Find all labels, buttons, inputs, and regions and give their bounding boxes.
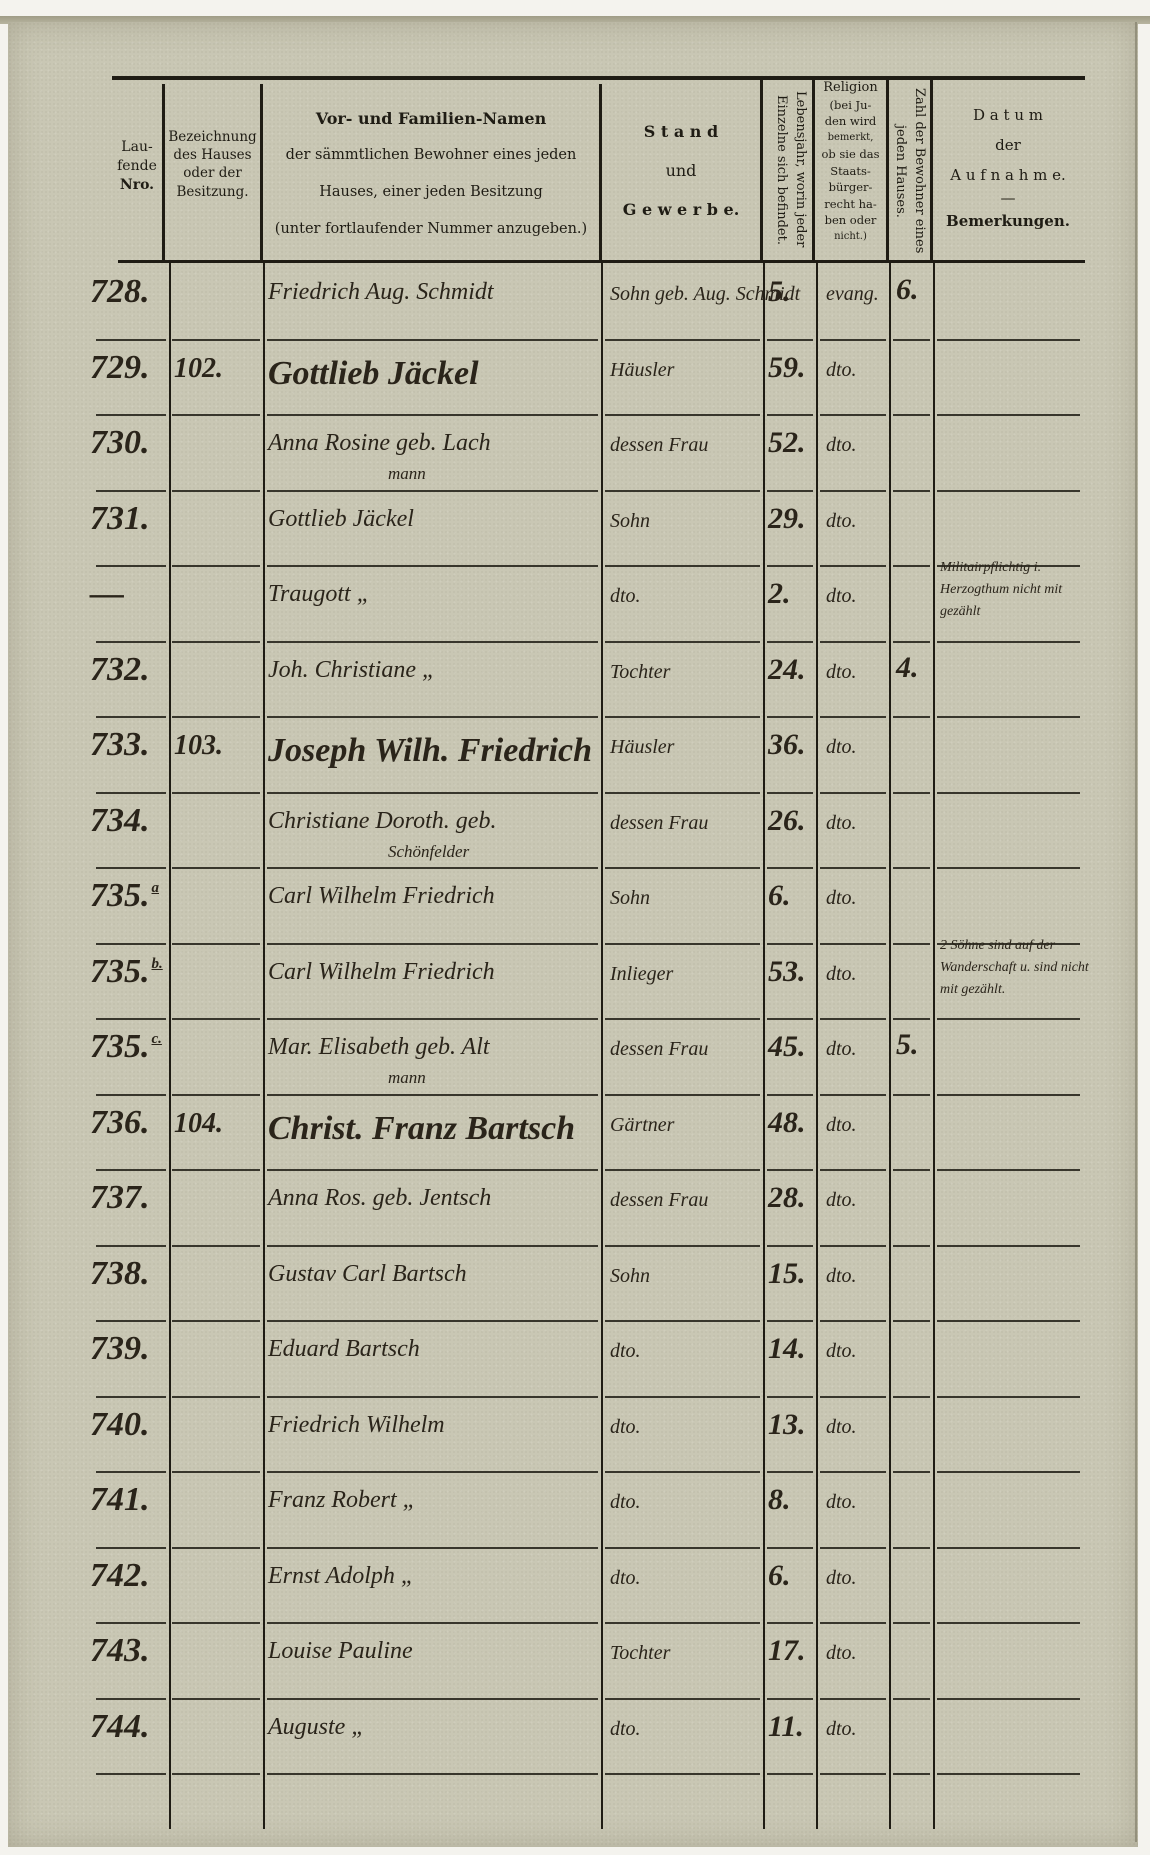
household-count: 5. xyxy=(896,1028,919,1062)
resident-name: Traugott „ xyxy=(268,581,370,608)
resident-name: Franz Robert „ xyxy=(268,1487,416,1514)
religion: dto. xyxy=(826,1416,857,1439)
header-namen: Vor- und Familien-Namen der sämmtlichen … xyxy=(263,100,599,248)
resident-name: Joseph Wilh. Friedrich xyxy=(268,732,592,770)
age: 26. xyxy=(768,804,806,838)
age: 11. xyxy=(768,1710,804,1744)
table-row: 732. Joh. Christiane „ Tochter 24. dto. … xyxy=(0,641,1150,717)
table-row: 740. Friedrich Wilhelm dto. 13. dto. xyxy=(0,1396,1150,1472)
entry-number: 731. xyxy=(90,500,152,538)
table-row: 728. Friedrich Aug. Schmidt Sohn geb. Au… xyxy=(0,263,1150,339)
entry-number: 744. xyxy=(90,1708,152,1746)
header-nro: Lau- fende Nro. xyxy=(112,138,162,195)
entry-number: 736. xyxy=(90,1104,152,1142)
table-row: 742. Ernst Adolph „ dto. 6. dto. xyxy=(0,1547,1150,1623)
remark: 2 Söhne sind auf der Wanderschaft u. sin… xyxy=(940,935,1090,1001)
age: 36. xyxy=(768,728,806,762)
occupation: dto. xyxy=(610,1340,641,1363)
table-row: 734. Christiane Doroth. geb.Schönfelder … xyxy=(0,792,1150,868)
resident-name: Christ. Franz Bartsch xyxy=(268,1110,575,1148)
header-lebensjahr: Lebensjahr, worin jeder Einzelne sich be… xyxy=(766,82,810,257)
religion: dto. xyxy=(826,434,857,457)
header-haus: Bezeichnung des Hauses oder der Besitzun… xyxy=(165,128,260,201)
resident-name: Ernst Adolph „ xyxy=(268,1563,414,1590)
religion: dto. xyxy=(826,1038,857,1061)
occupation: Sohn xyxy=(610,510,650,533)
entry-number: 738. xyxy=(90,1255,152,1293)
age: 59. xyxy=(768,351,806,385)
religion: dto. xyxy=(826,1491,857,1514)
age: 14. xyxy=(768,1332,806,1366)
table-row: 744. Auguste „ dto. 11. dto. xyxy=(0,1698,1150,1774)
occupation: dessen Frau xyxy=(610,434,708,457)
entry-number: 730. xyxy=(90,424,152,462)
occupation: dto. xyxy=(610,1416,641,1439)
entry-number: 735.a xyxy=(90,877,159,915)
table-row: 743. Louise Pauline Tochter 17. dto. xyxy=(0,1622,1150,1698)
entry-number: 739. xyxy=(90,1330,152,1368)
entry-number: 742. xyxy=(90,1557,152,1595)
house-number: 102. xyxy=(174,353,223,385)
remark: Militairpflichtig i. Herzogthum nicht mi… xyxy=(940,557,1090,623)
header-religion: Religion (bei Ju- den wird bemerkt, ob s… xyxy=(815,80,886,245)
age: 2. xyxy=(768,577,791,611)
table-row: 735.b. Carl Wilhelm Friedrich Inlieger 5… xyxy=(0,943,1150,1019)
house-number: 104. xyxy=(174,1108,223,1140)
entry-number: 737. xyxy=(90,1179,152,1217)
table-row: 729. 102. Gottlieb Jäckel Häusler 59. dt… xyxy=(0,339,1150,415)
table-row: 741. Franz Robert „ dto. 8. dto. xyxy=(0,1471,1150,1547)
resident-name: Friedrich Aug. Schmidt xyxy=(268,279,494,306)
header-zahl: Zahl der Bewohner eines jeden Hauses. xyxy=(889,86,929,256)
age: 15. xyxy=(768,1257,806,1291)
religion: dto. xyxy=(826,359,857,382)
header-datum: D a t u m der A u f n a h m e. — Bemerku… xyxy=(933,100,1083,236)
age: 52. xyxy=(768,426,806,460)
religion: dto. xyxy=(826,887,857,910)
household-count: 4. xyxy=(896,651,919,685)
occupation: Sohn xyxy=(610,1265,650,1288)
resident-name: Carl Wilhelm Friedrich xyxy=(268,883,495,910)
age: 45. xyxy=(768,1030,806,1064)
religion: evang. xyxy=(826,283,879,306)
religion: dto. xyxy=(826,661,857,684)
entry-number: 740. xyxy=(90,1406,152,1444)
table-row: 739. Eduard Bartsch dto. 14. dto. xyxy=(0,1320,1150,1396)
occupation: dto. xyxy=(610,585,641,608)
table-row: 735.a Carl Wilhelm Friedrich Sohn 6. dto… xyxy=(0,867,1150,943)
religion: dto. xyxy=(826,1340,857,1363)
header-divider-4 xyxy=(760,78,763,260)
occupation: Sohn xyxy=(610,887,650,910)
age: 24. xyxy=(768,653,806,687)
religion: dto. xyxy=(826,1567,857,1590)
religion: dto. xyxy=(826,1265,857,1288)
occupation: dessen Frau xyxy=(610,1038,708,1061)
entry-number: — xyxy=(90,575,126,613)
table-row: 733. 103. Joseph Wilh. Friedrich Häusler… xyxy=(0,716,1150,792)
resident-name: Christiane Doroth. geb.Schönfelder xyxy=(268,808,496,835)
resident-name: Eduard Bartsch xyxy=(268,1336,420,1363)
table-row: 730. Anna Rosine geb. Lachmann dessen Fr… xyxy=(0,414,1150,490)
resident-name: Gustav Carl Bartsch xyxy=(268,1261,467,1288)
resident-name: Anna Ros. geb. Jentsch xyxy=(268,1185,491,1212)
occupation: Tochter xyxy=(610,661,670,684)
occupation: Gärtner xyxy=(610,1114,674,1137)
entry-number: 741. xyxy=(90,1481,152,1519)
resident-name: Gottlieb Jäckel xyxy=(268,506,414,533)
religion: dto. xyxy=(826,1114,857,1137)
table-row: 737. Anna Ros. geb. Jentsch dessen Frau … xyxy=(0,1169,1150,1245)
age: 28. xyxy=(768,1181,806,1215)
age: 8. xyxy=(768,1483,791,1517)
entry-number: 733. xyxy=(90,726,152,764)
header-top-rule xyxy=(112,76,1085,80)
age: 13. xyxy=(768,1408,806,1442)
resident-name: Louise Pauline xyxy=(268,1638,413,1665)
entry-number: 735.c. xyxy=(90,1028,162,1066)
resident-name: Friedrich Wilhelm xyxy=(268,1412,445,1439)
occupation: Tochter xyxy=(610,1642,670,1665)
entry-number: 735.b. xyxy=(90,953,163,991)
religion: dto. xyxy=(826,1189,857,1212)
religion: dto. xyxy=(826,812,857,835)
age: 5. xyxy=(768,275,791,309)
religion: dto. xyxy=(826,736,857,759)
resident-name: Auguste „ xyxy=(268,1714,365,1741)
occupation: dessen Frau xyxy=(610,812,708,835)
occupation: Häusler xyxy=(610,359,674,382)
occupation: Inlieger xyxy=(610,963,673,986)
religion: dto. xyxy=(826,585,857,608)
religion: dto. xyxy=(826,510,857,533)
entry-number: 728. xyxy=(90,273,152,311)
entry-number: 732. xyxy=(90,651,152,689)
religion: dto. xyxy=(826,1642,857,1665)
age: 29. xyxy=(768,502,806,536)
occupation: dto. xyxy=(610,1567,641,1590)
occupation: dessen Frau xyxy=(610,1189,708,1212)
religion: dto. xyxy=(826,963,857,986)
table-row: 731. Gottlieb Jäckel Sohn 29. dto. xyxy=(0,490,1150,566)
resident-name: Joh. Christiane „ xyxy=(268,657,435,684)
table-row: 738. Gustav Carl Bartsch Sohn 15. dto. xyxy=(0,1245,1150,1321)
age: 53. xyxy=(768,955,806,989)
age: 17. xyxy=(768,1634,806,1668)
house-number: 103. xyxy=(174,730,223,762)
age: 6. xyxy=(768,1559,791,1593)
entry-number: 743. xyxy=(90,1632,152,1670)
table-row: 736. 104. Christ. Franz Bartsch Gärtner … xyxy=(0,1094,1150,1170)
entry-number: 729. xyxy=(90,349,152,387)
table-row: 735.c. Mar. Elisabeth geb. Altmann desse… xyxy=(0,1018,1150,1094)
resident-name: Carl Wilhelm Friedrich xyxy=(268,959,495,986)
header-stand: S t a n d und G e w e r b e. xyxy=(602,112,760,229)
occupation: dto. xyxy=(610,1491,641,1514)
occupation: Häusler xyxy=(610,736,674,759)
age: 6. xyxy=(768,879,791,913)
age: 48. xyxy=(768,1106,806,1140)
resident-name: Gottlieb Jäckel xyxy=(268,355,479,393)
entry-number: 734. xyxy=(90,802,152,840)
household-count: 6. xyxy=(896,273,919,307)
religion: dto. xyxy=(826,1718,857,1741)
table-row: — Traugott „ dto. 2. dto. Militairpflich… xyxy=(0,565,1150,641)
occupation: dto. xyxy=(610,1718,641,1741)
resident-name: Mar. Elisabeth geb. Altmann xyxy=(268,1034,490,1061)
resident-name: Anna Rosine geb. Lachmann xyxy=(268,430,491,457)
